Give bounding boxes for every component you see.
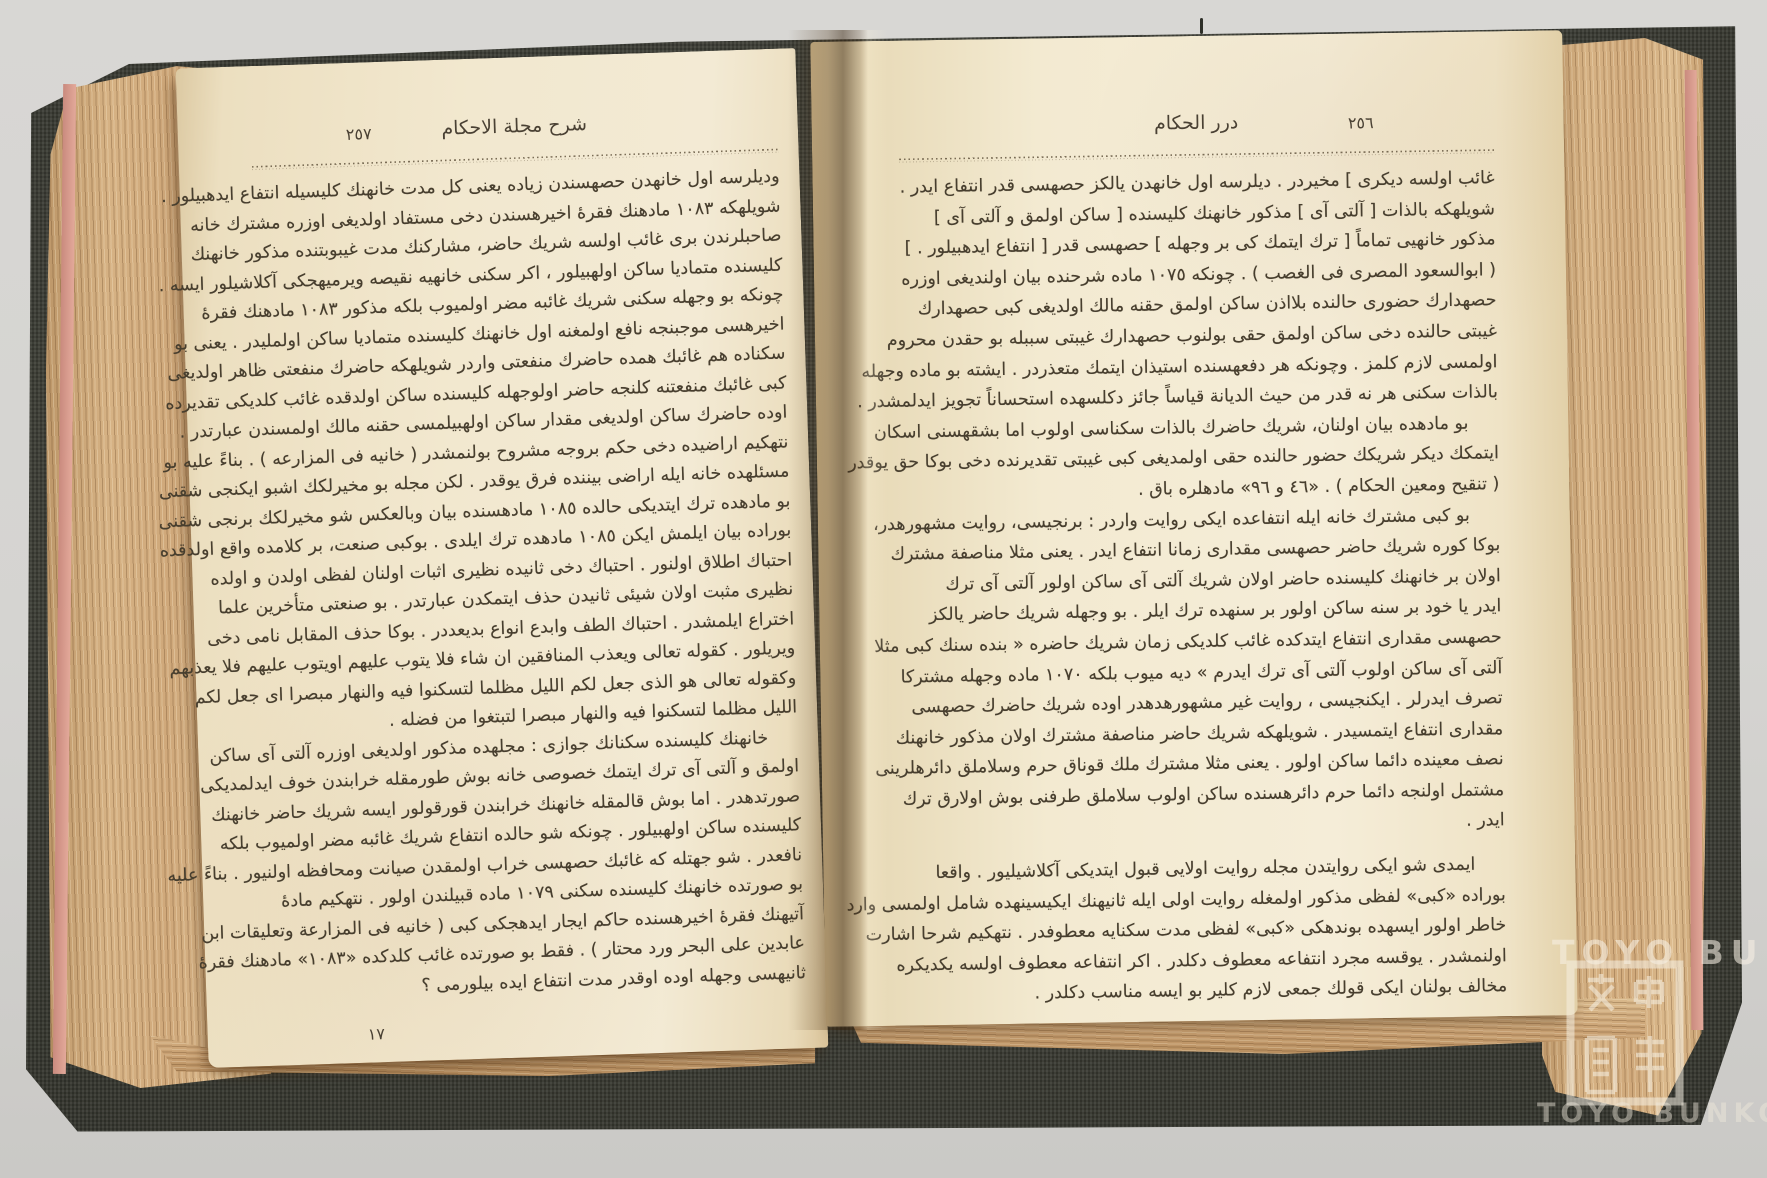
cloth-thread: [1200, 18, 1203, 34]
toyo-bunko-seal-icon: [1566, 960, 1684, 1110]
right-running-title: درر الحكام: [898, 107, 1493, 138]
right-header-rule: [899, 149, 1494, 162]
right-page: ٢٥٦ درر الحكام غائب اولسه ديكرى ] مخيردر…: [810, 30, 1577, 1027]
right-text-block: غائب اولسه ديكرى ] مخيردر . ديلرسه اول خ…: [899, 163, 1507, 1011]
right-page-header: ٢٥٦ درر الحكام: [898, 107, 1493, 152]
signature-mark: ١٧: [367, 1024, 385, 1044]
book-photo: ٢٥٧ شرح مجلة الاحكام وديلرسه اول خانهدن …: [0, 0, 1767, 1178]
left-running-title: شرح مجلة الاحكام: [250, 107, 777, 146]
gutter-shadow: [788, 30, 888, 1030]
